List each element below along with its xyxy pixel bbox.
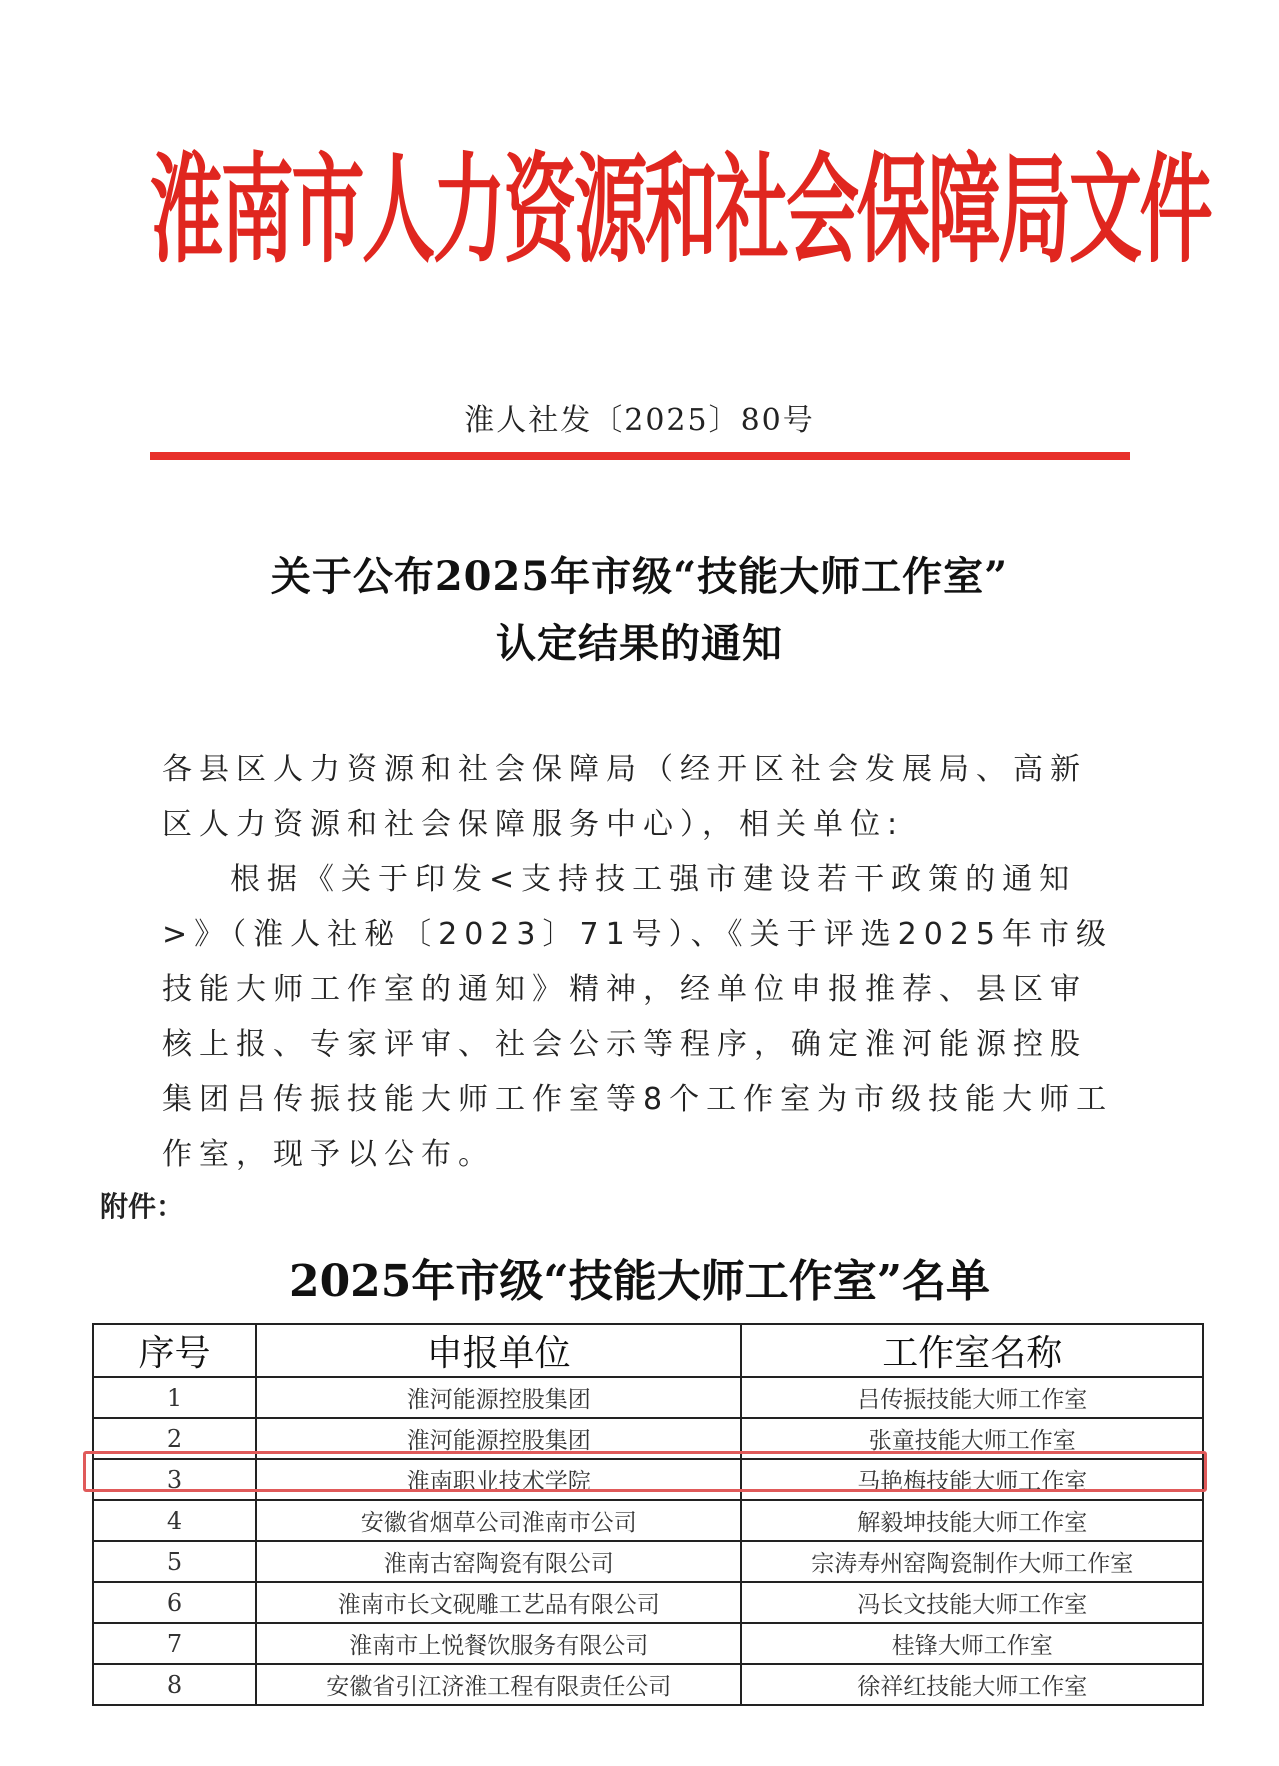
cell-studio: 宗涛寿州窑陶瓷制作大师工作室 — [741, 1541, 1203, 1582]
header-studio-name: 工作室名称 — [741, 1324, 1203, 1377]
header-applying-unit: 申报单位 — [256, 1324, 741, 1377]
table-row: 8 安徽省引江济淮工程有限责任公司 徐祥红技能大师工作室 — [93, 1664, 1203, 1705]
issuing-authority-header: 淮南市人力资源和社会保障局文件 — [150, 125, 758, 295]
cell-studio: 桂锋大师工作室 — [741, 1623, 1203, 1664]
cell-serial: 6 — [93, 1582, 256, 1623]
cell-unit: 淮南职业技术学院 — [256, 1459, 741, 1500]
cell-studio: 冯长文技能大师工作室 — [741, 1582, 1203, 1623]
notice-body-text: 根据《关于印发<支持技工强市建设若干政策的通知>》（淮人社秘〔2023〕71号）… — [162, 852, 1122, 1182]
notice-body: 根据《关于印发<支持技工强市建设若干政策的通知>》（淮人社秘〔2023〕71号）… — [162, 852, 1122, 1182]
red-divider — [150, 452, 1130, 460]
cell-studio: 吕传振技能大师工作室 — [741, 1377, 1203, 1418]
cell-studio: 解毅坤技能大师工作室 — [741, 1500, 1203, 1541]
table-row: 2 淮河能源控股集团 张童技能大师工作室 — [93, 1418, 1203, 1459]
cell-unit: 淮河能源控股集团 — [256, 1418, 741, 1459]
issuing-authority-text: 淮南市人力资源和社会保障局文件 — [150, 125, 1210, 295]
list-title: 2025年市级“技能大师工作室”名单 — [0, 1245, 1279, 1309]
cell-studio: 张童技能大师工作室 — [741, 1418, 1203, 1459]
cell-unit: 淮南市上悦餐饮服务有限公司 — [256, 1623, 741, 1664]
cell-studio: 马艳梅技能大师工作室 — [741, 1459, 1203, 1500]
table-row: 7 淮南市上悦餐饮服务有限公司 桂锋大师工作室 — [93, 1623, 1203, 1664]
cell-serial: 8 — [93, 1664, 256, 1705]
salutation-text: 各县区人力资源和社会保障局（经开区社会发展局、高新区人力资源和社会保障服务中心）… — [162, 742, 1122, 852]
cell-serial: 1 — [93, 1377, 256, 1418]
cell-serial: 7 — [93, 1623, 256, 1664]
cell-serial: 5 — [93, 1541, 256, 1582]
table-row: 4 安徽省烟草公司淮南市公司 解毅坤技能大师工作室 — [93, 1500, 1203, 1541]
document-page: 淮南市人力资源和社会保障局文件 淮人社发〔2025〕80号 关于公布2025年市… — [0, 0, 1279, 1766]
attachment-label: 附件： — [100, 1185, 184, 1225]
studio-roster-table: 序号 申报单位 工作室名称 1 淮河能源控股集团 吕传振技能大师工作室 2 淮河… — [92, 1323, 1204, 1706]
cell-unit: 淮南古窑陶瓷有限公司 — [256, 1541, 741, 1582]
cell-unit: 安徽省烟草公司淮南市公司 — [256, 1500, 741, 1541]
notice-title-line2: 认定结果的通知 — [0, 612, 1279, 669]
document-number: 淮人社发〔2025〕80号 — [0, 395, 1279, 439]
table-row: 1 淮河能源控股集团 吕传振技能大师工作室 — [93, 1377, 1203, 1418]
table-row: 6 淮南市长文砚雕工艺品有限公司 冯长文技能大师工作室 — [93, 1582, 1203, 1623]
notice-title-line1: 关于公布2025年市级“技能大师工作室” — [0, 545, 1279, 602]
cell-serial: 3 — [93, 1459, 256, 1500]
table-row: 5 淮南古窑陶瓷有限公司 宗涛寿州窑陶瓷制作大师工作室 — [93, 1541, 1203, 1582]
cell-studio: 徐祥红技能大师工作室 — [741, 1664, 1203, 1705]
cell-unit: 淮河能源控股集团 — [256, 1377, 741, 1418]
cell-serial: 2 — [93, 1418, 256, 1459]
salutation: 各县区人力资源和社会保障局（经开区社会发展局、高新区人力资源和社会保障服务中心）… — [162, 742, 1122, 852]
cell-unit: 淮南市长文砚雕工艺品有限公司 — [256, 1582, 741, 1623]
cell-serial: 4 — [93, 1500, 256, 1541]
header-serial-number: 序号 — [93, 1324, 256, 1377]
table-header-row: 序号 申报单位 工作室名称 — [93, 1324, 1203, 1377]
table-row-highlighted: 3 淮南职业技术学院 马艳梅技能大师工作室 — [93, 1459, 1203, 1500]
cell-unit: 安徽省引江济淮工程有限责任公司 — [256, 1664, 741, 1705]
